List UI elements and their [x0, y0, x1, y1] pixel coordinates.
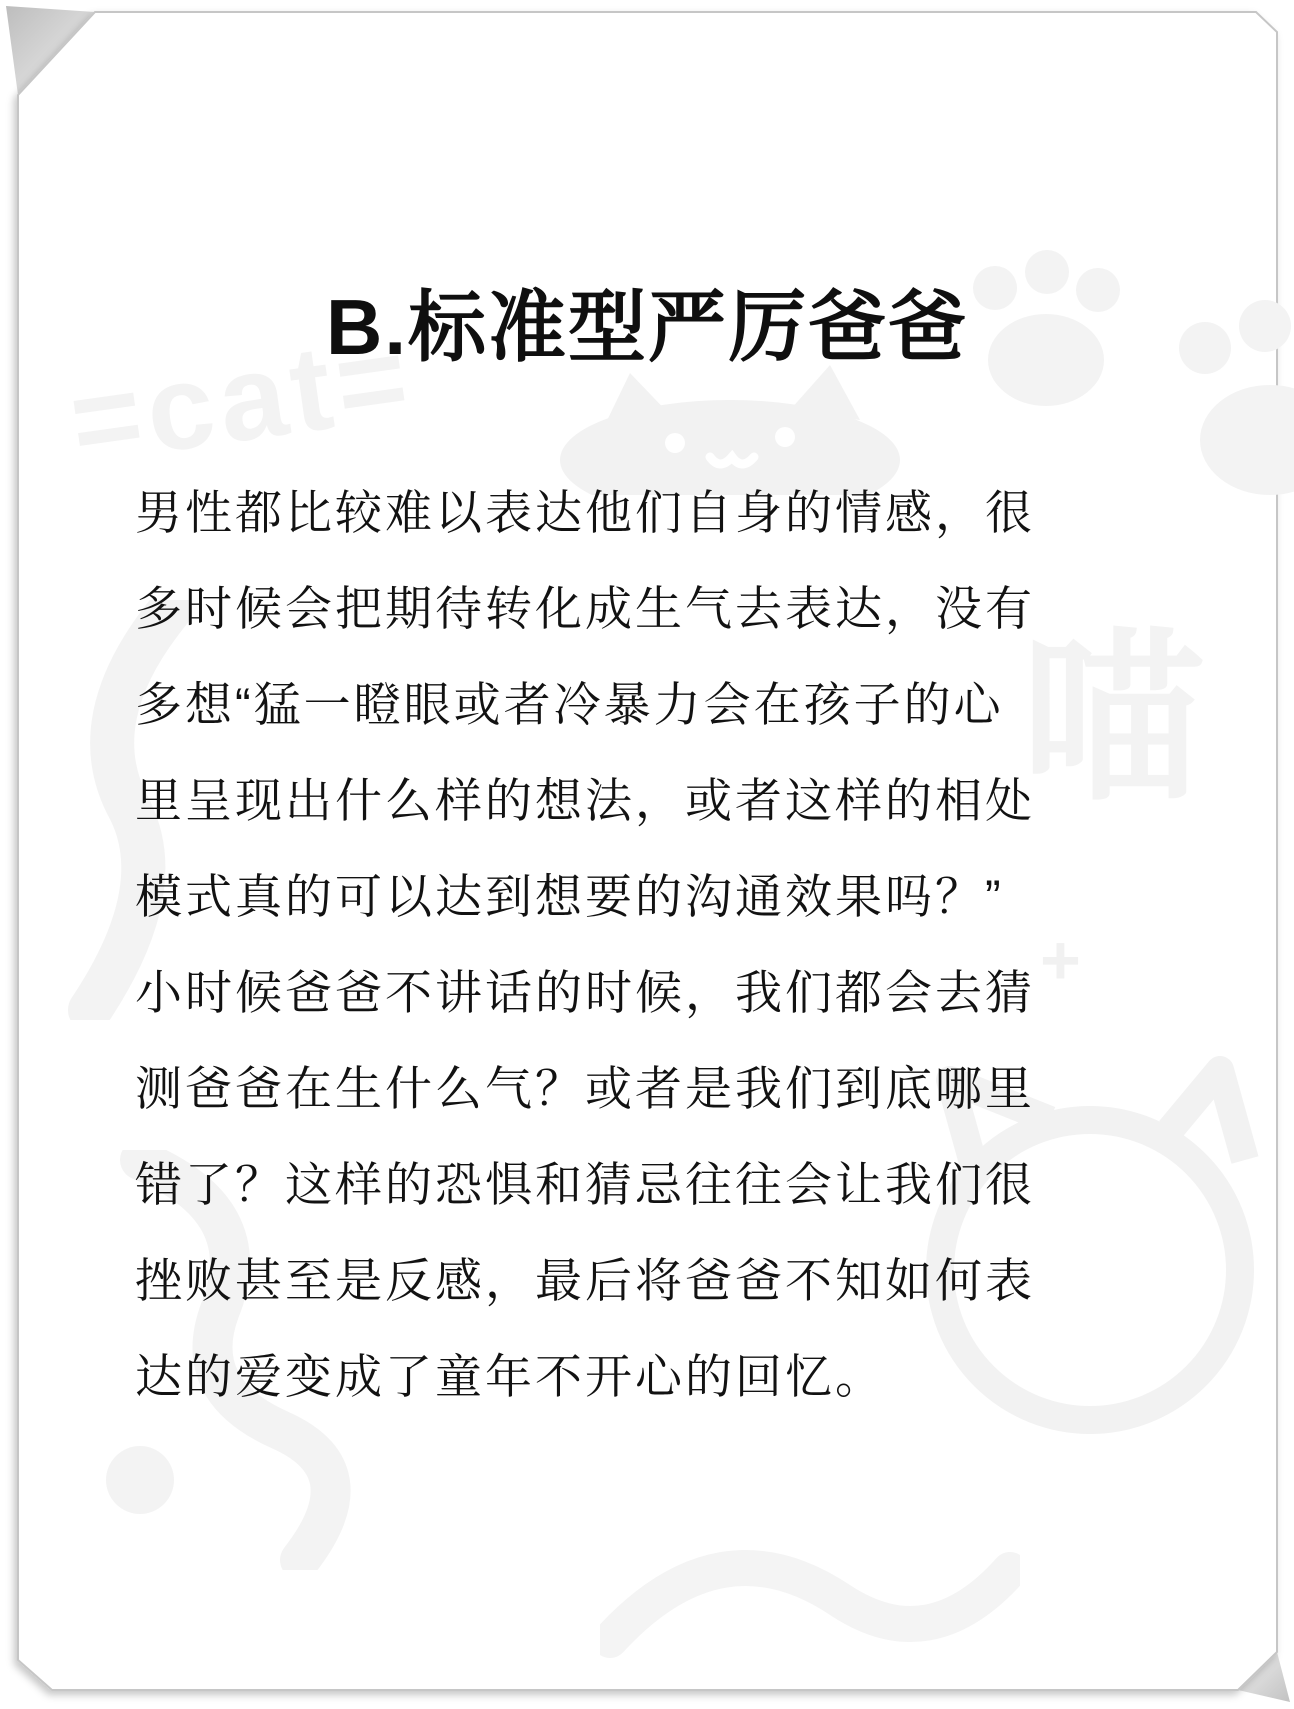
- text-card-page: =cat= 喵 +: [0, 0, 1294, 1709]
- body-text-line: 里呈现出什么样的想法，或者这样的相处: [135, 753, 1165, 849]
- body-text-line: 多时候会把期待转化成生气去表达，没有: [135, 561, 1165, 657]
- body-text-line: 错了？这样的恐惧和猜忌往往会让我们很: [135, 1137, 1165, 1233]
- body-text-line: 小时候爸爸不讲话的时候，我们都会去猜: [135, 945, 1165, 1041]
- body-text-line: 模式真的可以达到想要的沟通效果吗？”: [135, 849, 1165, 945]
- body-text-line: 达的爱变成了童年不开心的回忆。: [135, 1329, 1165, 1425]
- body-text-line: 挫败甚至是反感，最后将爸爸不知如何表: [135, 1233, 1165, 1329]
- body-text-line: 测爸爸在生什么气？或者是我们到底哪里: [135, 1041, 1165, 1137]
- content-layer: B.标准型严厉爸爸 男性都比较难以表达他们自身的情感，很多时候会把期待转化成生气…: [0, 0, 1294, 1709]
- body-text-line: 多想“猛一瞪眼或者冷暴力会在孩子的心: [135, 657, 1165, 753]
- body-text-line: 男性都比较难以表达他们自身的情感，很: [135, 465, 1165, 561]
- page-title: B.标准型严厉爸爸: [0, 272, 1294, 382]
- body-text: 男性都比较难以表达他们自身的情感，很多时候会把期待转化成生气去表达，没有多想“猛…: [135, 465, 1165, 1425]
